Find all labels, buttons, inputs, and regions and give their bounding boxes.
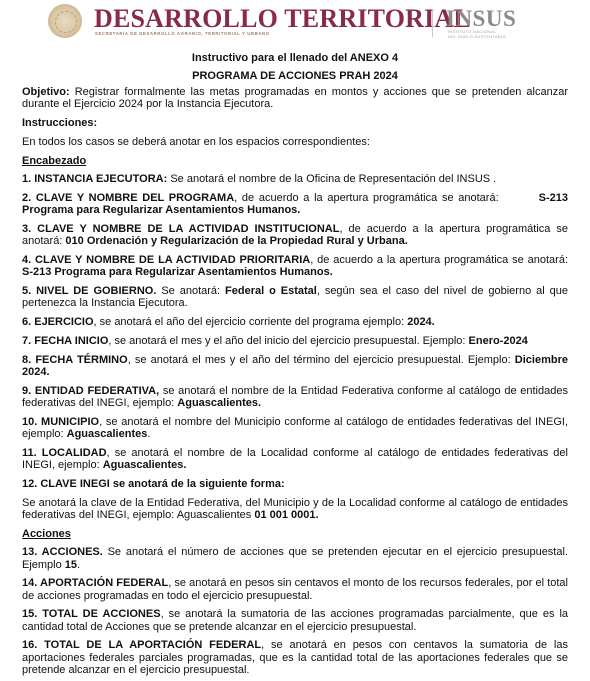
item-label: 12. CLAVE INEGI se anotará de la siguien… <box>22 478 285 490</box>
item-value: Aguascalientes <box>67 428 148 440</box>
section-label: Acciones <box>22 528 71 540</box>
brand-title: DESARROLLO TERRITORIAL <box>94 6 471 32</box>
item-value: 15 <box>65 559 77 571</box>
objective-paragraph: Objetivo: Registrar formalmente las meta… <box>22 86 568 110</box>
item-text: Se anotará el nombre de la Oficina de Re… <box>167 173 496 185</box>
item-label: 3. CLAVE Y NOMBRE DE LA ACTIVIDAD INSTIT… <box>22 223 339 235</box>
instruction-item-4: 4. CLAVE Y NOMBRE DE LA ACTIVIDAD PRIORI… <box>22 254 568 278</box>
instructions-heading: Instrucciones: <box>22 117 568 129</box>
item-text: Se anotará: <box>156 285 225 297</box>
instruction-item-16: 16. TOTAL DE LA APORTACIÓN FEDERAL, se a… <box>22 639 568 676</box>
item-value: Aguascalientes. <box>103 459 187 471</box>
item-label: 15. TOTAL DE ACCIONES <box>22 608 161 620</box>
document-title: Instructivo para el llenado del ANEXO 4 <box>22 52 568 64</box>
instruction-item-9: 9. ENTIDAD FEDERATIVA, se anotará el nom… <box>22 385 568 409</box>
item-value: Aguascalientes. <box>177 397 261 409</box>
item-label: 5. NIVEL DE GOBIERNO. <box>22 285 156 297</box>
item-text: , de acuerdo a la apertura programática … <box>234 192 498 204</box>
letterhead: DESARROLLO TERRITORIAL SECRETARÍA DE DES… <box>0 0 590 42</box>
section-label: Encabezado <box>22 155 86 167</box>
partner-title: INSUS <box>446 7 516 31</box>
item-text: , de acuerdo a la apertura programática … <box>310 254 568 266</box>
instruction-item-15: 15. TOTAL DE ACCIONES, se anotará la sum… <box>22 608 568 632</box>
instructions: Objetivo: Registrar formalmente las meta… <box>22 86 568 681</box>
item-label: 7. FECHA INICIO <box>22 335 108 347</box>
instruction-item-3: 3. CLAVE Y NOMBRE DE LA ACTIVIDAD INSTIT… <box>22 223 568 247</box>
intro-paragraph: En todos los casos se deberá anotar en l… <box>22 136 568 148</box>
item-label: 16. TOTAL DE LA APORTACIÓN FEDERAL <box>22 639 261 651</box>
item-text: . <box>147 428 150 440</box>
instruction-item-11: 11. LOCALIDAD, se anotará el nombre de l… <box>22 447 568 471</box>
section-heading-encabezado: Encabezado <box>22 155 568 167</box>
item-label: 14. APORTACIÓN FEDERAL <box>22 577 168 589</box>
item-label: 1. INSTANCIA EJECUTORA: <box>22 173 167 185</box>
mexico-coat-of-arms-icon <box>48 4 82 38</box>
item-text: , se anotará el mes y el año del término… <box>128 354 515 366</box>
item-text: , se anotará el mes y el año del inicio … <box>108 335 468 347</box>
brand-subtitle: SECRETARÍA DE DESARROLLO AGRARIO, TERRIT… <box>95 31 270 36</box>
instruction-item-13: 13. ACCIONES. Se anotará el número de ac… <box>22 546 568 570</box>
header-divider <box>432 9 433 37</box>
item-label: 10. MUNICIPIO <box>22 416 99 428</box>
instruction-item-12-detail: Se anotará la clave de la Entidad Federa… <box>22 497 568 521</box>
item-text: Se anotará el número de acciones que se … <box>22 546 568 570</box>
instruction-item-2: 2. CLAVE Y NOMBRE DEL PROGRAMA, de acuer… <box>22 192 568 216</box>
instruction-item-8: 8. FECHA TÉRMINO, se anotará el mes y el… <box>22 354 568 378</box>
instruction-item-10: 10. MUNICIPIO, se anotará el nombre del … <box>22 416 568 440</box>
item-text: , se anotará el año del ejercicio corrie… <box>94 316 408 328</box>
item-value: 010 Ordenación y Regularización de la Pr… <box>65 235 407 247</box>
item-label: 8. FECHA TÉRMINO <box>22 354 128 366</box>
item-value: Federal o Estatal <box>225 285 317 297</box>
instruction-item-7: 7. FECHA INICIO, se anotará el mes y el … <box>22 335 568 347</box>
item-value: 2024. <box>407 316 435 328</box>
item-label: 2. CLAVE Y NOMBRE DEL PROGRAMA <box>22 192 234 204</box>
objective-label: Objetivo: <box>22 86 70 98</box>
objective-text: Registrar formalmente las metas programa… <box>22 86 568 110</box>
instruction-item-12: 12. CLAVE INEGI se anotará de la siguien… <box>22 478 568 490</box>
item-label: 6. EJERCICIO <box>22 316 94 328</box>
instruction-item-6: 6. EJERCICIO, se anotará el año del ejer… <box>22 316 568 328</box>
section-heading-acciones: Acciones <box>22 528 568 540</box>
instruction-item-5: 5. NIVEL DE GOBIERNO. Se anotará: Federa… <box>22 285 568 309</box>
item-label: 11. LOCALIDAD <box>22 447 107 459</box>
item-value: S-213 Programa para Regularizar Asentami… <box>22 266 333 278</box>
item-label: 9. ENTIDAD FEDERATIVA, <box>22 385 159 397</box>
item-label: 13. ACCIONES. <box>22 546 103 558</box>
instruction-item-14: 14. APORTACIÓN FEDERAL, se anotará en pe… <box>22 577 568 601</box>
partner-subtitle-line-2: DEL SUELO SUSTENTABLE <box>448 35 506 40</box>
partner-subtitle: INSTITUTO NACIONAL DEL SUELO SUSTENTABLE <box>448 30 506 39</box>
instructions-label: Instrucciones: <box>22 117 97 129</box>
document-subtitle: PROGRAMA DE ACCIONES PRAH 2024 <box>22 70 568 82</box>
item-label: 4. CLAVE Y NOMBRE DE LA ACTIVIDAD PRIORI… <box>22 254 310 266</box>
item-value: 01 001 0001. <box>254 509 318 521</box>
instruction-item-1: 1. INSTANCIA EJECUTORA: Se anotará el no… <box>22 173 568 185</box>
item-text: . <box>77 559 80 571</box>
item-value: Enero-2024 <box>469 335 528 347</box>
